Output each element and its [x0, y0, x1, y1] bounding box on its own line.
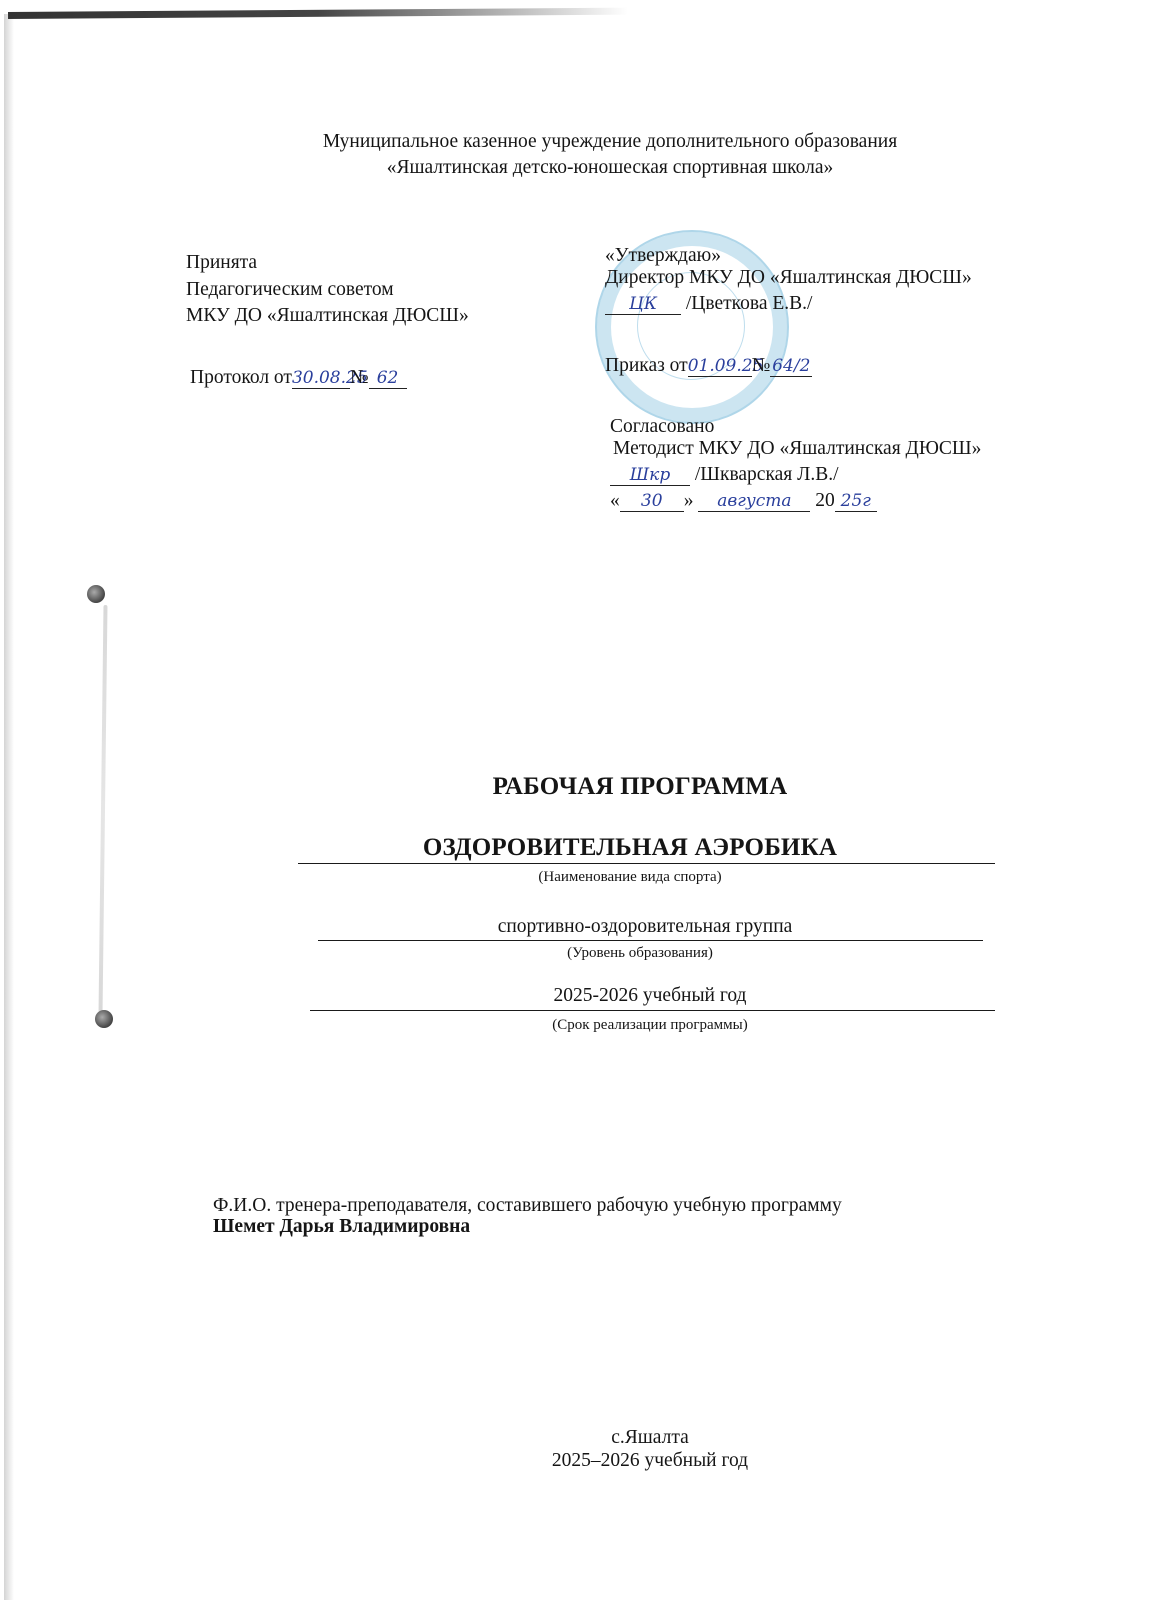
quote-close: »: [684, 490, 694, 511]
quote-open: «: [610, 490, 620, 511]
sport-name-underline: [298, 863, 995, 864]
institution-name-line2: «Яшалтинская детско-юношеская спортивная…: [250, 157, 970, 179]
methodist-name: /Шкварская Л.В./: [695, 464, 839, 485]
education-level-caption: (Уровень образования): [280, 944, 1000, 962]
document-title: РАБОЧАЯ ПРОГРАММА: [280, 773, 1000, 801]
program-period: 2025-2026 учебный год: [280, 985, 1020, 1007]
program-period-caption: (Срок реализации программы): [280, 1016, 1020, 1034]
agreed-day: 30: [620, 491, 684, 512]
binding-knot-top-icon: [87, 585, 105, 603]
order-number: 64/2: [770, 356, 812, 377]
protocol-number-sign: №: [350, 367, 369, 388]
accepted-label: Принята: [186, 252, 257, 274]
sport-name-caption: (Наименование вида спорта): [280, 868, 980, 886]
order-line: Приказ от01.09.25№64/2: [605, 355, 812, 377]
protocol-label: Протокол от: [190, 367, 292, 388]
order-number-sign: №: [752, 355, 771, 376]
binding-thread: [98, 605, 107, 1015]
education-level-underline: [318, 940, 983, 941]
order-date: 01.09.25: [688, 356, 752, 377]
scan-edge-top: [8, 8, 628, 19]
author-label: Ф.И.О. тренера-преподавателя, составивше…: [213, 1195, 842, 1217]
methodist-title: Методист МКУ ДО «Яшалтинская ДЮСШ»: [613, 438, 981, 460]
protocol-number: 62: [369, 368, 407, 389]
methodist-signature: Шкр: [610, 465, 690, 486]
agreed-month: августа: [698, 491, 810, 512]
protocol-date: 30.08.25: [292, 368, 350, 389]
agreed-year-prefix: 20: [815, 490, 835, 511]
program-period-underline: [310, 1010, 995, 1011]
protocol-line: Протокол от30.08.25№62: [190, 367, 407, 389]
author-name: Шемет Дарья Владимировна: [213, 1216, 470, 1238]
pedagogical-council-label: Педагогическим советом: [186, 279, 394, 301]
order-label: Приказ от: [605, 355, 688, 376]
footer-year: 2025–2026 учебный год: [480, 1450, 820, 1472]
agreed-year-suffix: 25г: [835, 491, 877, 512]
director-signature: ЦК: [605, 294, 681, 315]
approve-label: «Утверждаю»: [605, 245, 721, 267]
director-title: Директор МКУ ДО «Яшалтинская ДЮСШ»: [605, 267, 972, 289]
agreed-date-line: «30» августа 2025г: [610, 490, 877, 512]
footer-place: с.Яшалта: [480, 1427, 820, 1449]
binding-knot-bottom-icon: [95, 1010, 113, 1028]
sport-name: ОЗДОРОВИТЕЛЬНАЯ АЭРОБИКА: [280, 834, 980, 862]
institution-name-line1: Муниципальное казенное учреждение дополн…: [250, 131, 970, 153]
accepted-institution: МКУ ДО «Яшалтинская ДЮСШ»: [186, 305, 469, 327]
agreed-label: Согласовано: [610, 416, 714, 438]
methodist-signature-line: Шкр /Шкварская Л.В./: [610, 464, 839, 486]
scan-edge-left: [4, 14, 14, 1600]
director-signature-line: ЦК /Цветкова Е.В./: [605, 293, 812, 315]
education-level: спортивно-оздоровительная группа: [280, 916, 1010, 938]
director-name: /Цветкова Е.В./: [686, 293, 813, 314]
